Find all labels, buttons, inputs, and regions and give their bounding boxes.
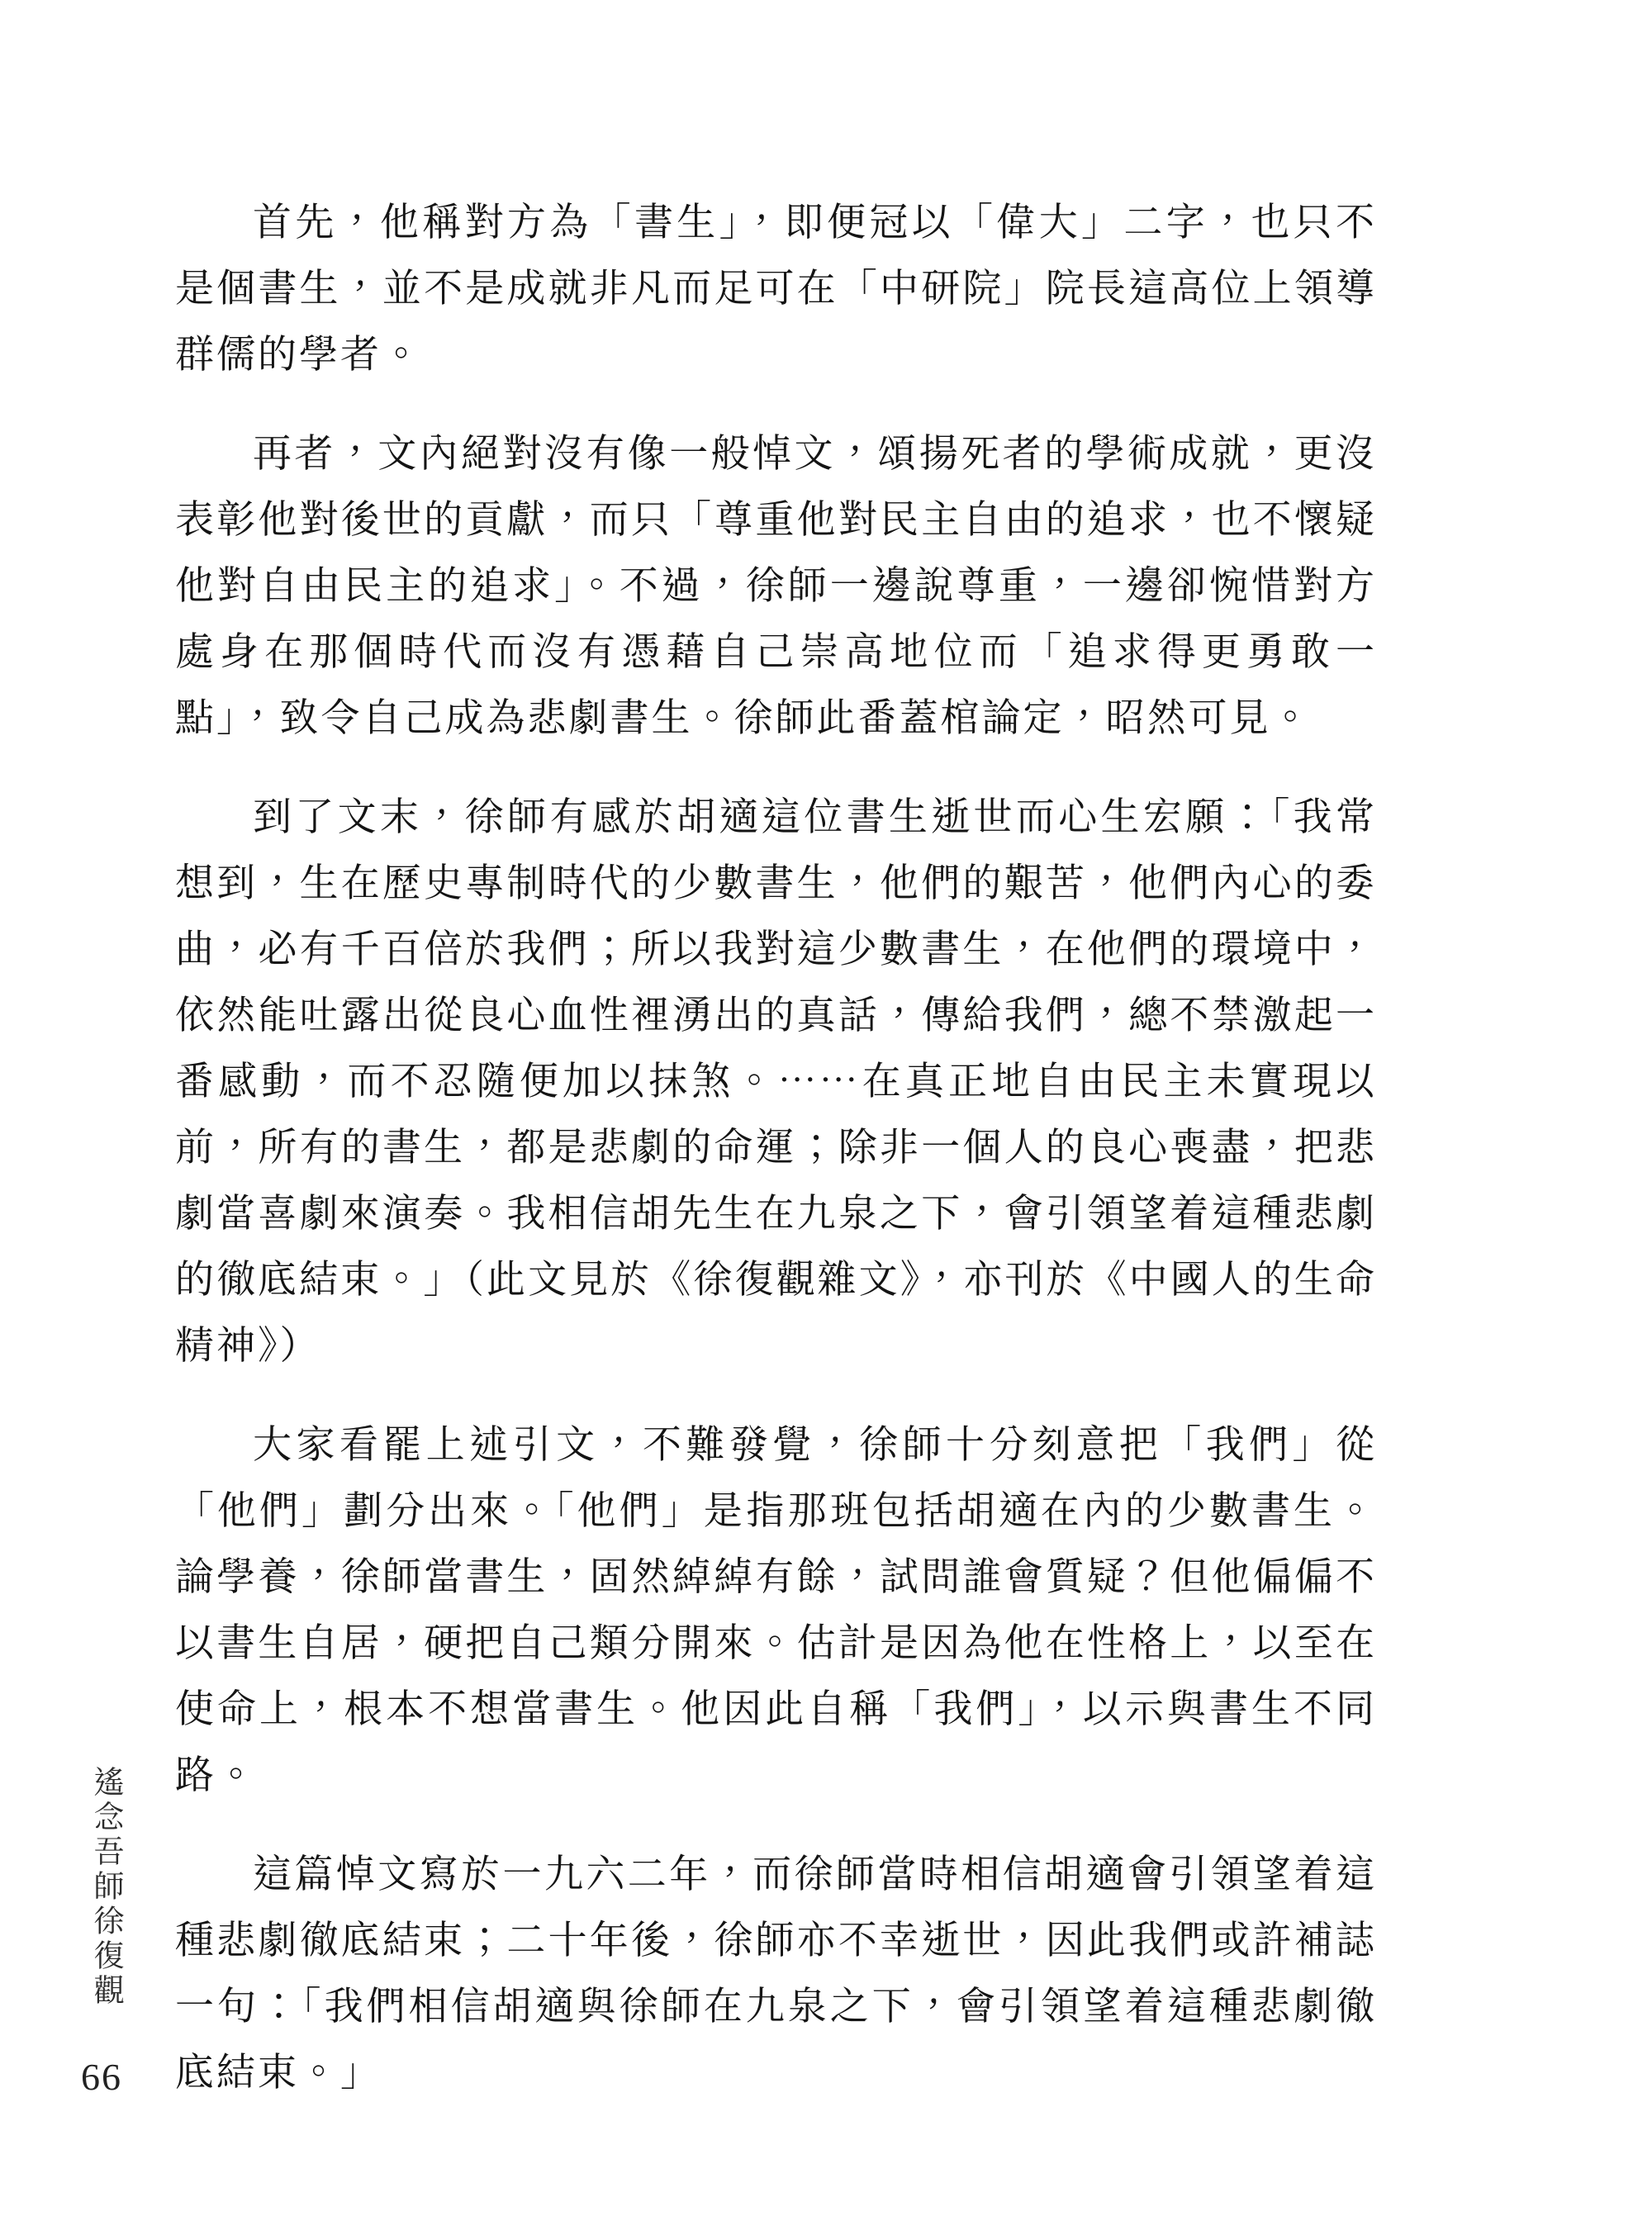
body-paragraph: 到了文末，徐師有感於胡適這位書生逝世而心生宏願：「我常想到，生在歷史專制時代的少…: [175, 785, 1377, 1379]
page-number: 66: [81, 2055, 122, 2099]
body-paragraph: 這篇悼文寫於一九六二年，而徐師當時相信胡適會引領望着這種悲劇徹底結束；二十年後，…: [175, 1842, 1377, 2106]
body-paragraph: 再者，文內絕對沒有像一般悼文，頌揚死者的學術成就，更沒表彰他對後世的貢獻，而只「…: [175, 421, 1377, 752]
body-text-block: 首先，他稱對方為「書生」，即便冠以「偉大」二字，也只不是個書生，並不是成就非凡而…: [175, 190, 1377, 2139]
book-page: 首先，他稱對方為「書生」，即便冠以「偉大」二字，也只不是個書生，並不是成就非凡而…: [0, 0, 1652, 2235]
body-paragraph: 大家看罷上述引文，不難發覺，徐師十分刻意把「我們」從「他們」劃分出來。「他們」是…: [175, 1412, 1377, 1809]
body-paragraph: 首先，他稱對方為「書生」，即便冠以「偉大」二字，也只不是個書生，並不是成就非凡而…: [175, 190, 1377, 388]
